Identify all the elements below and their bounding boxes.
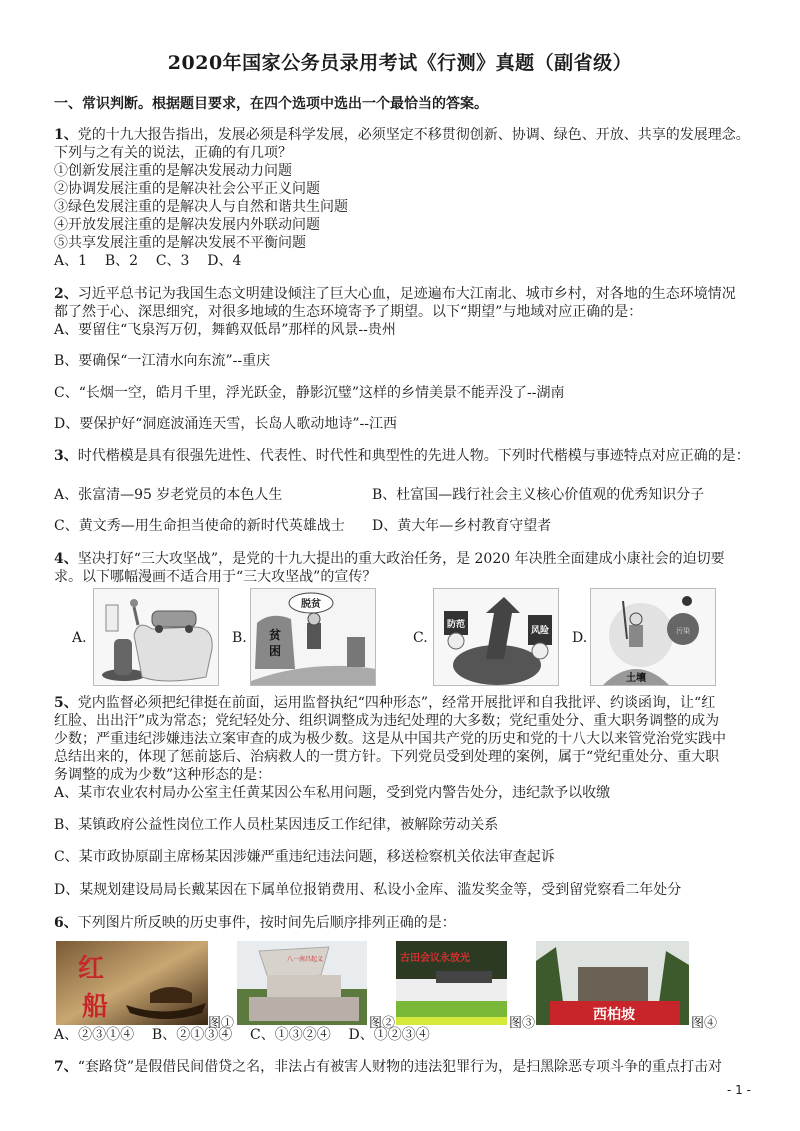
- question-1-line-2: 下列与之有关的说法，正确的有几项？: [54, 144, 292, 162]
- document-title: 2020年国家公务员录用考试《行测》真题（副省级）: [0, 48, 800, 75]
- option-a: A、某市农业农村局办公室主任黄某因公车私用问题，受到党内警告处分，违纪款予以收缴: [54, 784, 610, 802]
- svg-text:西柏坡: 西柏坡: [593, 1006, 636, 1023]
- cartoon-a-image: [93, 588, 219, 686]
- question-text: 习近平总书记为我国生态文明建设倾注了巨大心血，足迹遍布大江南北、城市乡村，对各地…: [78, 286, 736, 302]
- question-6-options: A、②③①④ B、②①③④ C、①③②④ D、①②③④: [54, 1026, 430, 1044]
- statement-2: ②协调发展注重的是解决社会公平正义问题: [54, 180, 320, 198]
- option-c: C、某市政协原副主席杨某因涉嫌严重违纪违法问题，移送检察机关依法审查起诉: [54, 848, 555, 866]
- figure-1-image: 红 船: [56, 941, 208, 1025]
- statement-1: ①创新发展注重的是解决发展动力问题: [54, 162, 292, 180]
- option-d: D、黄大年—乡村教育守望者: [372, 517, 551, 535]
- question-7-line-1: 7、“套路贷”是假借民间借贷之名，非法占有被害人财物的违法犯罪行为，是扫黑除恶专…: [54, 1058, 722, 1076]
- question-2-line-2: 都了然于心、深思细究，对很多地域的生态环境寄予了期望。以下“期望”与地域对应正确…: [54, 303, 642, 321]
- cartoon-c-image: 防范 风险: [433, 588, 559, 686]
- question-3-line-1: 3、时代楷模是具有很强先进性、代表性、时代性和典型性的先进人物。下列时代楷模与事…: [54, 447, 750, 465]
- question-number: 1、: [54, 127, 78, 143]
- question-4-line-2: 求。以下哪幅漫画不适合用于“三大攻坚战”的宣传？: [54, 568, 376, 586]
- svg-text:困: 困: [269, 644, 281, 658]
- svg-text:红: 红: [78, 954, 104, 984]
- question-text: “套路贷”是假借民间借贷之名，非法占有被害人财物的违法犯罪行为，是扫黑除恶专项斗…: [78, 1059, 722, 1075]
- option-b: B、杜富国—践行社会主义核心价值观的优秀知识分子: [372, 486, 704, 504]
- question-text: 下列图片所反映的历史事件，按时间先后顺序排列正确的是：: [78, 915, 456, 931]
- question-4-line-1: 4、坚决打好“三大攻坚战”，是党的十九大提出的重大政治任务，是 2020 年决胜…: [54, 550, 725, 568]
- figure-4-image: 西柏坡: [536, 941, 689, 1025]
- statement-3: ③绿色发展注重的是解决人与自然和谐共生问题: [54, 198, 348, 216]
- section-heading: 一、常识判断。根据题目要求，在四个选项中选出一个最恰当的答案。: [54, 93, 488, 113]
- question-text: 时代楷模是具有很强先进性、代表性、时代性和典型性的先进人物。下列时代楷模与事迹特…: [78, 448, 750, 464]
- option-b: B、要确保“一江清水向东流”--重庆: [54, 352, 270, 370]
- figure-3-image: 古田会议永放光: [396, 941, 507, 1025]
- question-5-line-2: 红脸、出出汗”成为常态；党纪轻处分、组织调整成为违纪处理的大多数；党纪重处分、重…: [54, 712, 719, 730]
- question-1-options: A、1 B、2 C、3 D、4: [54, 252, 241, 270]
- question-1-line-1: 1、党的十九大报告指出，发展必须是科学发展，必须坚定不移贯彻创新、协调、绿色、开…: [54, 126, 750, 144]
- svg-text:八一南昌起义: 八一南昌起义: [287, 955, 323, 963]
- question-text: 党内监督必须把纪律挺在前面，运用监督执纪“四种形态”，经常开展批评和自我批评、约…: [78, 695, 715, 711]
- question-number: 2、: [54, 286, 78, 302]
- exam-page: 2020年国家公务员录用考试《行测》真题（副省级） 一、常识判断。根据题目要求，…: [0, 0, 800, 1131]
- cartoon-b-image: 脱贫 贫 困: [250, 588, 376, 686]
- cartoon-c-label: C.: [413, 630, 428, 646]
- question-5-line-5: 务调整的成为少数”这种形态的是：: [54, 766, 271, 784]
- question-number: 6、: [54, 915, 78, 931]
- question-text: 坚决打好“三大攻坚战”，是党的十九大提出的重大政治任务，是 2020 年决胜全面…: [78, 551, 725, 567]
- svg-text:防范: 防范: [447, 618, 465, 630]
- cartoon-a-label: A.: [72, 630, 87, 646]
- cartoon-b-label: B.: [232, 630, 247, 646]
- page-number: - 1 -: [727, 1083, 751, 1097]
- svg-text:脱贫: 脱贫: [301, 597, 321, 610]
- figure-4-label: 图④: [691, 1012, 717, 1031]
- option-d: D、要保护好“洞庭波涌连天雪，长岛人歌动地诗”--江西: [54, 415, 397, 433]
- question-5-line-3: 少数；严重违纪涉嫌违法立案审查的成为极少数。这是从中国共产党的历史和党的十八大以…: [54, 730, 726, 748]
- option-b: B、某镇政府公益性岗位工作人员杜某因违反工作纪律，被解除劳动关系: [54, 816, 498, 834]
- svg-text:土壤: 土壤: [626, 671, 646, 684]
- question-number: 5、: [54, 695, 78, 711]
- question-6-line-1: 6、下列图片所反映的历史事件，按时间先后顺序排列正确的是：: [54, 914, 456, 932]
- figure-3-label: 图③: [509, 1012, 535, 1031]
- question-5-line-1: 5、党内监督必须把纪律挺在前面，运用监督执纪“四种形态”，经常开展批评和自我批评…: [54, 694, 715, 712]
- svg-text:风险: 风险: [531, 624, 549, 636]
- cartoon-d-label: D.: [572, 630, 587, 646]
- option-c: C、黄文秀—用生命担当使命的新时代英雄战士: [54, 517, 345, 535]
- svg-text:污染: 污染: [676, 626, 690, 635]
- statement-5: ⑤共享发展注重的是解决发展不平衡问题: [54, 234, 306, 252]
- svg-text:船: 船: [82, 992, 108, 1022]
- question-number: 3、: [54, 448, 78, 464]
- figure-2-image: 八一南昌起义: [237, 941, 367, 1025]
- svg-text:贫: 贫: [269, 627, 281, 642]
- question-5-line-4: 总结出来的，体现了惩前毖后、治病救人的一贯方针。下列党员受到处理的案例，属于“党…: [54, 748, 719, 766]
- question-number: 7、: [54, 1059, 78, 1075]
- statement-4: ④开放发展注重的是解决发展内外联动问题: [54, 216, 320, 234]
- svg-text:古田会议永放光: 古田会议永放光: [400, 951, 470, 964]
- option-a: A、张富清—95 岁老党员的本色人生: [54, 486, 282, 504]
- question-2-line-1: 2、习近平总书记为我国生态文明建设倾注了巨大心血，足迹遍布大江南北、城市乡村，对…: [54, 285, 736, 303]
- option-a: A、要留住“飞泉泻万仞，舞鹤双低昂”那样的风景--贵州: [54, 321, 396, 339]
- option-c: C、“长烟一空，皓月千里，浮光跃金，静影沉璧”这样的乡情美景不能弄没了--湖南: [54, 384, 565, 402]
- question-number: 4、: [54, 551, 78, 567]
- option-d: D、某规划建设局局长戴某因在下属单位报销费用、私设小金库、滥发奖金等，受到留党察…: [54, 881, 681, 899]
- cartoon-d-image: 土壤 污染: [590, 588, 716, 686]
- question-text: 党的十九大报告指出，发展必须是科学发展，必须坚定不移贯彻创新、协调、绿色、开放、…: [78, 127, 750, 143]
